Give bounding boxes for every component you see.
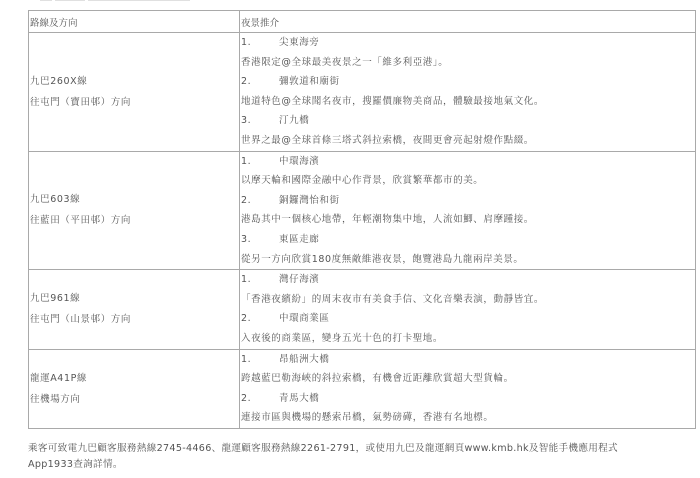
route-cell: 九巴603線 往藍田（平田邨）方向 bbox=[29, 151, 240, 270]
spot-number: 1. bbox=[241, 350, 279, 370]
night-view-routes-table: 路線及方向 夜景推介 九巴260X線 往屯門（寶田邨）方向 1.尖東海旁 香港限… bbox=[28, 10, 696, 429]
clipped-caption bbox=[40, 0, 190, 2]
spot-title: 2.彌敦道和廟街 bbox=[241, 72, 694, 92]
spot-title: 1.昂船洲大橋 bbox=[241, 350, 694, 370]
spot-name: 灣仔海濱 bbox=[279, 274, 319, 285]
header-route-direction: 路線及方向 bbox=[29, 11, 240, 33]
spot-name: 青馬大橋 bbox=[279, 393, 319, 404]
spot-name: 汀九橋 bbox=[279, 115, 309, 126]
table-row: 龍運A41P線 往機場方向 1.昂船洲大橋 跨越藍巴勒海峽的斜拉索橋，有機會近距… bbox=[29, 349, 696, 428]
spot-description: 香港限定@全球最美夜景之一「維多利亞港」。 bbox=[241, 53, 694, 73]
spot-description: 地道特色@全球聞名夜市，搜羅價廉物美商品，體驗最接地氣文化。 bbox=[241, 92, 694, 112]
route-cell: 龍運A41P線 往機場方向 bbox=[29, 349, 240, 428]
spot-number: 1. bbox=[241, 270, 279, 290]
route-name: 龍運A41P線 bbox=[30, 368, 238, 389]
route-name: 九巴260X線 bbox=[30, 71, 238, 92]
spot-number: 1. bbox=[241, 33, 279, 53]
spot-name: 彌敦道和廟街 bbox=[279, 76, 340, 87]
spot-number: 2. bbox=[241, 309, 279, 329]
spot-name: 中環海濱 bbox=[279, 156, 319, 167]
spot-title: 1.灣仔海濱 bbox=[241, 270, 694, 290]
spot-description: 從另一方向欣賞180度無敵維港夜景，飽覽港島九龍兩岸美景。 bbox=[241, 250, 694, 270]
spot-title: 2.銅鑼灣怡和街 bbox=[241, 191, 694, 211]
spots-cell: 1.灣仔海濱 「香港夜繽紛」的周末夜市有美食手信、文化音樂表演，動靜皆宜。 2.… bbox=[240, 270, 696, 349]
spot-number: 3. bbox=[241, 230, 279, 250]
table-row: 九巴260X線 往屯門（寶田邨）方向 1.尖東海旁 香港限定@全球最美夜景之一「… bbox=[29, 33, 696, 152]
spot-title: 1.中環海濱 bbox=[241, 152, 694, 172]
spot-number: 1. bbox=[241, 152, 279, 172]
spot-description: 港島其中一個核心地帶，年輕潮物集中地，人流如鯽、肩摩踵接。 bbox=[241, 210, 694, 230]
route-cell: 九巴961線 往屯門（山景邨）方向 bbox=[29, 270, 240, 349]
route-direction: 往屯門（寶田邨）方向 bbox=[30, 92, 238, 113]
spots-cell: 1.昂船洲大橋 跨越藍巴勒海峽的斜拉索橋，有機會近距離欣賞超大型貨輪。 2.青馬… bbox=[240, 349, 696, 428]
spot-title: 2.青馬大橋 bbox=[241, 389, 694, 409]
route-cell: 九巴260X線 往屯門（寶田邨）方向 bbox=[29, 33, 240, 152]
spot-description: 跨越藍巴勒海峽的斜拉索橋，有機會近距離欣賞超大型貨輪。 bbox=[241, 369, 694, 389]
clipped-caption-text bbox=[40, 0, 190, 1]
footer-line-1: 乘客可致電九巴顧客服務熱線2745-4466、龍運顧客服務熱線2261-2791… bbox=[28, 441, 688, 457]
spot-description: 「香港夜繽紛」的周末夜市有美食手信、文化音樂表演，動靜皆宜。 bbox=[241, 290, 694, 310]
spot-name: 尖東海旁 bbox=[279, 37, 319, 48]
spot-name: 銅鑼灣怡和街 bbox=[279, 195, 340, 206]
spot-name: 昂船洲大橋 bbox=[279, 354, 330, 365]
route-name: 九巴603線 bbox=[30, 189, 238, 210]
spot-title: 3.汀九橋 bbox=[241, 111, 694, 131]
spot-name: 東區走廊 bbox=[279, 234, 319, 245]
spot-description: 連接市區與機場的懸索吊橋，氣勢磅礡，香港有名地標。 bbox=[241, 408, 694, 428]
footer-note: 乘客可致電九巴顧客服務熱線2745-4466、龍運顧客服務熱線2261-2791… bbox=[28, 441, 688, 473]
spot-description: 以摩天輪和國際金融中心作背景，欣賞繁華都市的美。 bbox=[241, 171, 694, 191]
spot-title: 2.中環商業區 bbox=[241, 309, 694, 329]
spot-number: 2. bbox=[241, 191, 279, 211]
spot-number: 2. bbox=[241, 72, 279, 92]
spot-description: 入夜後的商業區，變身五光十色的打卡聖地。 bbox=[241, 329, 694, 349]
spot-title: 1.尖東海旁 bbox=[241, 33, 694, 53]
route-direction: 往機場方向 bbox=[30, 389, 238, 410]
spot-number: 2. bbox=[241, 389, 279, 409]
route-direction: 往屯門（山景邨）方向 bbox=[30, 309, 238, 330]
route-direction: 往藍田（平田邨）方向 bbox=[30, 210, 238, 231]
table-row: 九巴961線 往屯門（山景邨）方向 1.灣仔海濱 「香港夜繽紛」的周末夜市有美食… bbox=[29, 270, 696, 349]
spot-title: 3.東區走廊 bbox=[241, 230, 694, 250]
route-name: 九巴961線 bbox=[30, 288, 238, 309]
spot-name: 中環商業區 bbox=[279, 313, 330, 324]
spots-cell: 1.尖東海旁 香港限定@全球最美夜景之一「維多利亞港」。 2.彌敦道和廟街 地道… bbox=[240, 33, 696, 152]
spot-number: 3. bbox=[241, 111, 279, 131]
table-row: 九巴603線 往藍田（平田邨）方向 1.中環海濱 以摩天輪和國際金融中心作背景，… bbox=[29, 151, 696, 270]
spots-cell: 1.中環海濱 以摩天輪和國際金融中心作背景，欣賞繁華都市的美。 2.銅鑼灣怡和街… bbox=[240, 151, 696, 270]
footer-line-2: App1933查詢詳情。 bbox=[28, 457, 688, 473]
header-night-view: 夜景推介 bbox=[240, 11, 696, 33]
table-header-row: 路線及方向 夜景推介 bbox=[29, 11, 696, 33]
spot-description: 世界之最@全球首條三塔式斜拉索橋，夜間更會亮起射燈作點綴。 bbox=[241, 131, 694, 151]
